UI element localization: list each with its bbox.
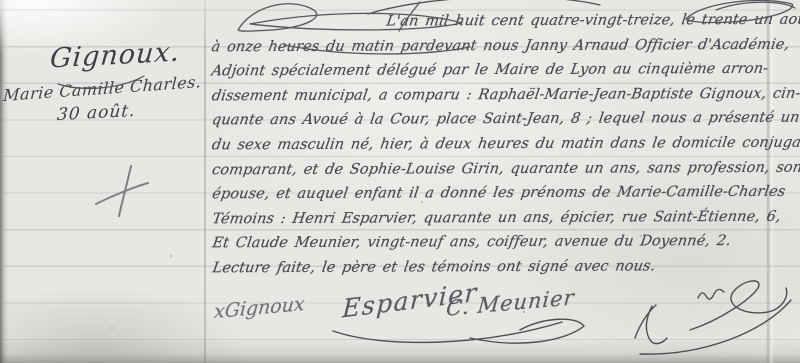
margin-surname: Gignoux. [49, 36, 182, 74]
paraph-stroke [646, 306, 667, 344]
body-line: Lecture faite, le père et les témoins on… [211, 254, 800, 281]
body-line: à onze heures du matin pardevant nous Ja… [210, 32, 800, 59]
margin-rule-line [204, 0, 206, 363]
cross-stroke [96, 183, 148, 204]
paper-specks [0, 0, 2, 2]
body-line: Adjoint spécialement délégué par le Mair… [210, 57, 800, 84]
paraph-stroke [690, 281, 787, 330]
father-signature-name: Gignoux [224, 293, 306, 322]
flourish-stroke [333, 322, 562, 342]
act-body-text: L'an mil huit cent quatre-vingt-treize, … [211, 8, 800, 281]
body-line: Et Claude Meunier, vingt-neuf ans, coiff… [211, 229, 800, 256]
body-line: dissement municipal, a comparu : Raphaël… [210, 81, 800, 108]
registry-page-scan: Gignoux. Marie Camille Charles. 30 août.… [0, 0, 800, 363]
paraph-stroke [698, 289, 724, 299]
paraph-stroke [635, 305, 656, 338]
flourish-stroke [470, 319, 584, 343]
paraph-stroke [640, 300, 791, 354]
body-line: Témoins : Henri Esparvier, quarante un a… [210, 204, 800, 231]
body-line: du sexe masculin né, hier, à deux heures… [210, 131, 800, 158]
body-line: quante ans Avoué à la Cour, place Saint-… [210, 106, 800, 133]
margin-date: 30 août. [56, 101, 136, 125]
father-signature: xGignoux [213, 293, 305, 323]
margin-given-names: Marie Camille Charles. [3, 72, 203, 105]
margin-cross-mark [96, 166, 148, 216]
body-line: L'an mil huit cent quatre-vingt-treize, … [210, 8, 800, 35]
witness-signature-flourish [333, 319, 584, 343]
body-line: comparant, et de Sophie-Louise Girin, qu… [210, 155, 800, 182]
cross-stroke [119, 166, 131, 216]
officer-paraph-signature [635, 281, 791, 354]
body-line: épouse, et auquel enfant il a donné les … [210, 180, 800, 207]
